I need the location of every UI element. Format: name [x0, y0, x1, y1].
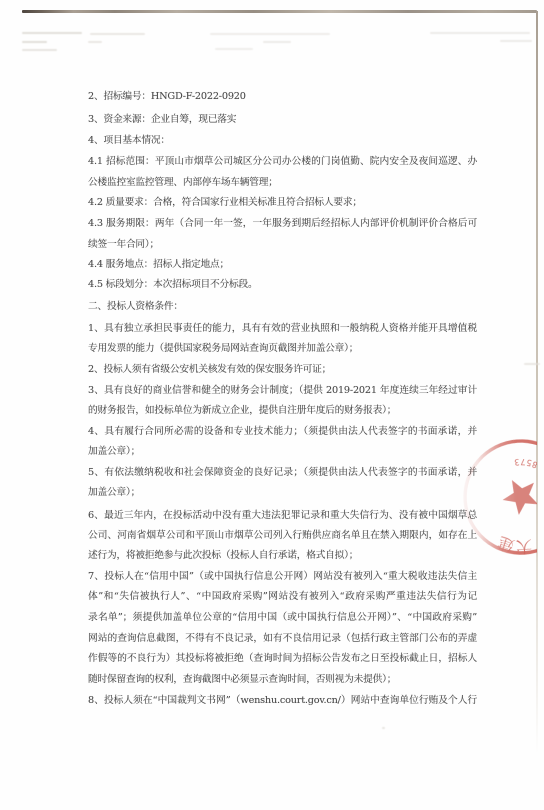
text-line: 二、投标人资格条件： — [88, 300, 477, 314]
text-line: 加盖公章）； — [88, 445, 477, 459]
text-line: 4.2 质量要求：合格，符合国家行业相关标准且符合招标人要求； — [88, 196, 477, 210]
official-stamp: 大建 8573 — [455, 425, 537, 571]
text-line: 1、具有独立承担民事责任的能力，具有有效的营业执照和一般纳税人资格并能开具增值税 — [88, 322, 477, 336]
text-line: 加盖公章）； — [88, 486, 477, 500]
text-line: 述行为，将被拒绝参与此次投标（投标人自行承诺，格式自拟）； — [88, 549, 477, 563]
text-line: 5、有依法缴纳税收和社会保障资金的良好记录；（须提供由法人代表签字的书面承诺，并 — [88, 466, 477, 480]
document-lines: 2、招标编号：HNGD-F-2022-09203、资金来源：企业自筹，现已落实4… — [0, 0, 544, 810]
text-line: 4.3 服务期限：两年（合同一年一签，一年服务到期后经招标人内部评价机制评价合格… — [88, 217, 477, 231]
text-line: 3、具有良好的商业信誉和健全的财务会计制度；（提供 2019-2021 年度连续… — [88, 384, 477, 398]
svg-text:大建: 大建 — [495, 532, 534, 558]
text-line: 续签一年合同）； — [88, 238, 477, 252]
text-line: 4.4 服务地点：招标人指定地点； — [88, 258, 477, 272]
text-line: 的财务报告，如投标单位为新成立企业，提供自注册年度后的财务报表）； — [88, 404, 477, 418]
stamp-org-name: 大建 — [495, 532, 534, 558]
text-line: 8、投标人须在“中国裁判文书网”（wenshu.court.gov.cn/）网站… — [88, 694, 477, 708]
text-line: 公司、河南省烟草公司和平顶山市烟草公司列入行贿供应商名单且在禁入期限内，如存在上 — [88, 529, 477, 543]
text-line: 4、具有履行合同所必需的设备和专业技术能力；（须提供由法人代表签字的书面承诺，并 — [88, 425, 477, 439]
text-line: 公楼监控室监控管理、内部停车场车辆管理； — [88, 176, 477, 190]
svg-text:8573: 8573 — [511, 454, 537, 469]
text-line: 录名单”；须提供加盖单位公章的“信用中国（或中国执行信息公开网）”、“中国政府采… — [88, 611, 477, 625]
text-line: 7、投标人在“信用中国”（或中国执行信息公开网）网站没有被列入“重大税收违法失信… — [88, 570, 477, 584]
text-line: 2、投标人须有省级公安机关核发有效的保安服务许可证； — [88, 363, 477, 377]
text-line: 6、最近三年内，在投标活动中没有重大违法犯罪记录和重大失信行为、没有被中国烟草总 — [88, 509, 477, 523]
text-line: 网站的查询信息截图，不得有不良记录，如有不良信用记录（包括行政主管部门公布的弄虚 — [88, 632, 477, 646]
text-line: 体”和“失信被执行人”、“中国政府采购”网站没有被列入“政府采购严重违法失信行为… — [88, 590, 477, 604]
text-line: 作假等的不良行为）其投标将被拒绝（查询时间为招标公告发布之日至投标截止日，招标人 — [88, 652, 477, 666]
text-line: 3、资金来源：企业自筹，现已落实 — [88, 113, 477, 127]
stamp-serial-number: 8573 — [511, 454, 537, 469]
text-line: 4.5 标段划分：本次招标项目不分标段。 — [88, 278, 477, 292]
text-line: 2、招标编号：HNGD-F-2022-0920 — [88, 90, 477, 104]
official-stamp-seal: 大建 8573 — [455, 430, 537, 564]
stamp-star-icon — [501, 479, 537, 517]
text-line: 4、项目基本情况： — [88, 134, 477, 148]
text-line: 专用发票的能力（提供国家税务局网站查询页截图并加盖公章）； — [88, 342, 477, 356]
text-line: 4.1 招标范围：平顶山市烟草公司城区分公司办公楼的门岗值勤、院内安全及夜间巡逻… — [88, 155, 477, 169]
text-line: 随时保留查询的权利，查询截图中必须显示查询时间，否则视为未提供）； — [88, 673, 477, 687]
scanned-document-page: { "document": { "lines": [ {"top": 90, "… — [0, 0, 544, 810]
